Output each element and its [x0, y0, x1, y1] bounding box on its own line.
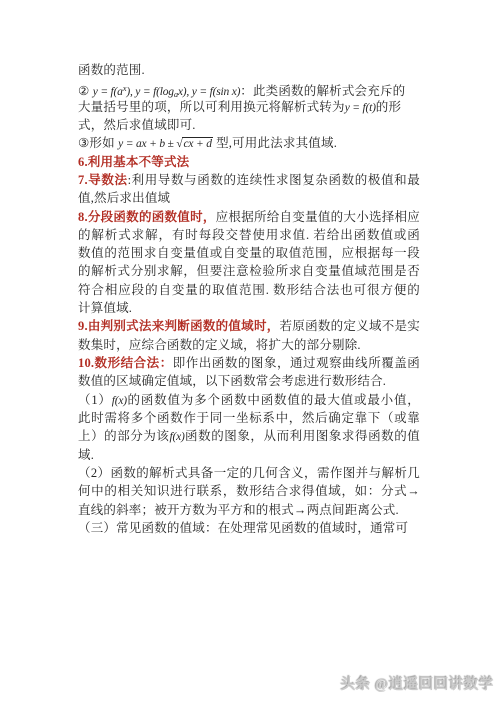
- body-text: 数值的区域确定值域，以下函数常会考虑进行数形结合.: [78, 374, 386, 388]
- body-text: ②: [78, 84, 93, 98]
- math-text: ), y = f(log: [126, 86, 174, 98]
- body-text: 此时需将多个函数作于同一坐标系中，然后确定靠下（或靠: [78, 411, 420, 425]
- body-text: 上）的部分为该: [78, 429, 170, 443]
- heading-text: 6.利用基本不等式法: [78, 155, 189, 169]
- text-line: 数值的范围求自变量值或自变量的取值范围，应根据每一段: [78, 244, 420, 262]
- text-line: 式，然后求值域即可.: [78, 116, 420, 134]
- body-text: 数集时，应综合函数的定义域，将扩大的部分剔除.: [78, 338, 361, 352]
- body-text: （2）函数的解析式具备一定的几何含义，需作图并与解析几: [78, 466, 420, 480]
- body-text: 的解析式分别求解，但要注意检验所求自变量值域范围是否: [78, 264, 420, 278]
- text-line: 数集时，应综合函数的定义域，将扩大的部分剔除.: [78, 336, 420, 354]
- body-text: 直线的斜率；被开方数为平方和的根式→两点间距离公式.: [78, 503, 399, 517]
- text-line: （三）常见函数的值域：在处理常见函数的值域时，通常可: [78, 519, 420, 537]
- body-text: 函数的范围.: [78, 63, 145, 77]
- document-text: 函数的范围.② y = f(ax), y = f(logax), y = f(s…: [78, 61, 420, 537]
- body-text: 即作出函数的图象，通过观察曲线所覆盖函: [173, 356, 420, 370]
- body-text: 若原函数的定义域不是实: [280, 319, 420, 333]
- math-text: y = ax + b ±: [118, 138, 176, 150]
- text-line: 8.分段函数的函数值时，应根据所给自变量值的大小选择相应: [78, 208, 420, 226]
- math-text: f(x): [112, 395, 127, 407]
- body-text: 函数的图象，从而利用图象求得函数的值: [185, 429, 420, 443]
- heading-text: 10.数形结合法：: [78, 356, 173, 370]
- text-line: 域.: [78, 446, 420, 464]
- text-line: 直线的斜率；被开方数为平方和的根式→两点间距离公式.: [78, 501, 420, 519]
- text-line: 10.数形结合法：即作出函数的图象，通过观察曲线所覆盖函: [78, 354, 420, 372]
- heading-text: 7.导数法: [78, 173, 128, 187]
- body-text: 值,然后求出值域: [78, 191, 170, 205]
- text-line: （2）函数的解析式具备一定的几何含义，需作图并与解析几: [78, 464, 420, 482]
- body-text: ③形如: [78, 136, 118, 150]
- body-text: ：此类函数的解析式会充斥的: [240, 84, 405, 98]
- text-line: 的解析式分别求解，但要注意检验所求自变量值域范围是否: [78, 262, 420, 280]
- text-line: ② y = f(ax), y = f(logax), y = f(sin x)：…: [78, 79, 420, 97]
- math-text: y = f(a: [93, 86, 123, 98]
- body-text: 的形: [376, 100, 401, 114]
- text-line: 的解析式求解，有时每段交替使用求值. 若给出函数值或函: [78, 226, 420, 244]
- text-line: 此时需将多个函数作于同一坐标系中，然后确定靠下（或靠: [78, 409, 420, 427]
- text-line: 值,然后求出值域: [78, 189, 420, 207]
- body-text: 何中的相关知识进行联系，数形结合求得值域，如：分式→: [78, 484, 420, 498]
- body-text: 数值的范围求自变量值或自变量的取值范围，应根据每一段: [78, 246, 420, 260]
- text-line: 7.导数法:利用导数与函数的连续性求图复杂函数的极值和最: [78, 171, 420, 189]
- document-page: 函数的范围.② y = f(ax), y = f(logax), y = f(s…: [0, 0, 500, 706]
- text-line: 函数的范围.: [78, 61, 420, 79]
- text-line: ③形如 y = ax + b ± √cx + d 型,可用此法求其值域.: [78, 134, 420, 152]
- heading-text: 8.分段函数的函数值时，: [78, 210, 216, 224]
- text-line: 计算值域.: [78, 299, 420, 317]
- body-text: 符合相应段的自变量的取值范围. 数形结合法也可很方便的: [78, 283, 420, 297]
- body-text: 应根据所给自变量值的大小选择相应: [216, 210, 420, 224]
- math-text: x), y = f(sin x): [178, 86, 240, 98]
- math-text: y = f(t): [345, 102, 376, 114]
- text-line: 符合相应段的自变量的取值范围. 数形结合法也可很方便的: [78, 281, 420, 299]
- body-text: （三）常见函数的值域：在处理常见函数的值域时，通常可: [78, 521, 408, 535]
- body-text: :利用导数与函数的连续性求图复杂函数的极值和最: [128, 173, 420, 187]
- text-line: 6.利用基本不等式法: [78, 153, 420, 171]
- text-line: 何中的相关知识进行联系，数形结合求得值域，如：分式→: [78, 482, 420, 500]
- heading-text: 9.由判别式法来判断函数的值域时，: [78, 319, 280, 333]
- text-line: 大量括号里的项，所以可利用换元将解析式转为y = f(t)的形: [78, 98, 420, 116]
- body-text: 计算值域.: [78, 301, 132, 315]
- text-line: 数值的区域确定值域，以下函数常会考虑进行数形结合.: [78, 372, 420, 390]
- text-line: 上）的部分为该f(x)函数的图象，从而利用图象求得函数的值: [78, 427, 420, 445]
- text-line: 9.由判别式法来判断函数的值域时，若原函数的定义域不是实: [78, 317, 420, 335]
- body-text: （1）: [78, 393, 112, 407]
- body-text: 的函数值为多个函数中函数值的最大值或最小值，: [127, 393, 420, 407]
- text-line: （1）f(x)的函数值为多个函数中函数值的最大值或最小值，: [78, 391, 420, 409]
- body-text: 大量括号里的项，所以可利用换元将解析式转为: [78, 100, 345, 114]
- math-text: f(x): [170, 431, 185, 443]
- body-text: 式，然后求值域即可.: [78, 118, 196, 132]
- watermark: 头条 @逍遥回回讲数学: [341, 673, 494, 694]
- body-text: 的解析式求解，有时每段交替使用求值. 若给出函数值或函: [78, 228, 420, 242]
- math-radicand: cx + d: [182, 137, 212, 150]
- body-text: 型,可用此法求其值域.: [213, 136, 337, 150]
- body-text: 域.: [78, 448, 94, 462]
